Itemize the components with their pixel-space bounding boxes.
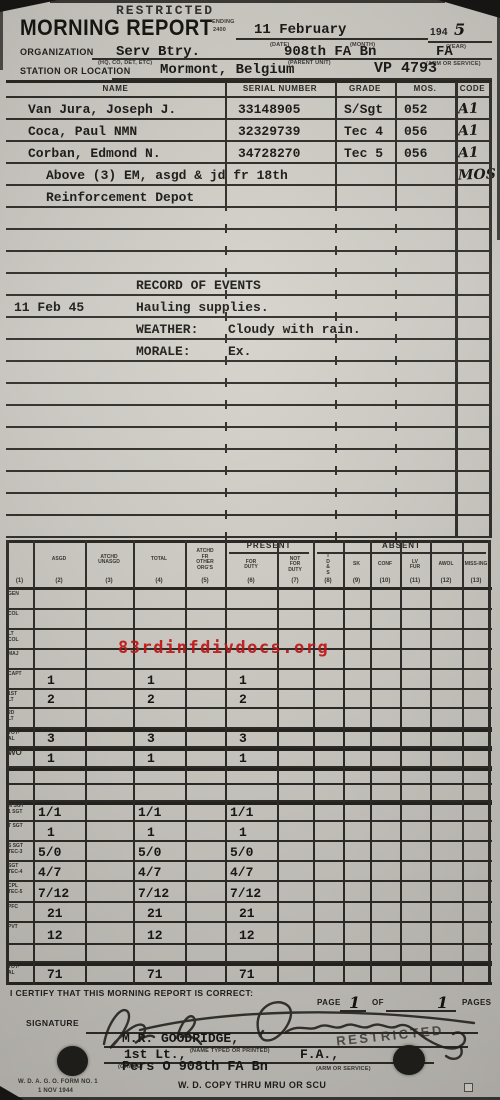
watermark: 83rdinfdivdocs.org: [118, 638, 329, 658]
roster-name: Coca, Paul NMN: [28, 124, 137, 139]
stats-value: 5/0: [38, 845, 61, 860]
stats-row: SGT TEC-44/74/74/7: [6, 862, 492, 882]
stats-value: 3: [47, 731, 55, 746]
stats-row-label: MAJ: [8, 652, 19, 658]
blank-ruled-row: [6, 428, 492, 450]
roster-column-rule: [335, 82, 337, 210]
blank-ruled-row: [6, 208, 492, 230]
stats-col-number: (12): [430, 578, 462, 584]
stats-col-number: (11): [400, 578, 430, 584]
stats-row-label: WO: [8, 750, 22, 756]
roster-row: Coca, Paul NMN32329739Tec 4056A1: [6, 120, 492, 142]
stats-col-header: MISS-ING: [463, 554, 489, 576]
stats-value: 4/7: [230, 865, 253, 880]
scan-edge-left: [0, 0, 3, 70]
roster-mos: 056: [404, 146, 427, 161]
stats-value: 2: [147, 692, 155, 707]
stats-col-number: (6): [225, 578, 277, 584]
stats-value: 1: [147, 825, 155, 840]
roster-serial: 34728270: [238, 146, 300, 161]
roster-row: Reinforcement Depot: [6, 186, 492, 208]
event-text: Ex.: [228, 344, 251, 359]
stats-value: 1: [239, 825, 247, 840]
stats-column-rule: [343, 540, 345, 985]
stats-value: 21: [239, 906, 255, 921]
stats-col-number: (13): [462, 578, 490, 584]
form-date: 1 NOV 1944: [38, 1088, 73, 1094]
blank-ruled-row: [6, 494, 492, 516]
roster-column-rule: [395, 82, 397, 210]
form-number: W. D. A. G. O. FORM NO. 1: [18, 1079, 98, 1085]
event-row: WEATHER:Cloudy with rain.: [6, 318, 492, 340]
signature-scrawl: [82, 990, 486, 1068]
stats-col-number: (4): [133, 578, 185, 584]
event-row: RECORD OF EVENTS: [6, 274, 492, 296]
present-group-header: PRESENT: [225, 541, 313, 550]
stats-header-row: PRESENTABSENT(1)ASGD(2)ATCHD UNASGD(3)TO…: [6, 540, 492, 590]
stats-value: 7/12: [138, 886, 169, 901]
stats-row-label: TOT- AL: [8, 965, 19, 976]
roster-serial: 32329739: [238, 124, 300, 139]
stats-column-rule: [185, 540, 187, 985]
stats-column-rule: [370, 540, 372, 985]
blank-ruled-row: [6, 384, 492, 406]
stats-column-rule: [313, 540, 315, 985]
stats-row: CPL TEC-57/127/127/12: [6, 882, 492, 903]
stats-col-number: (2): [33, 578, 85, 584]
stats-col-header: LV FUR: [401, 554, 429, 576]
stats-row-label: TOT- AL: [8, 731, 19, 742]
stats-column-rule: [488, 540, 491, 985]
stats-value: 1: [147, 673, 155, 688]
stats-col-number: (9): [343, 578, 370, 584]
alignment-square: [464, 1083, 473, 1092]
stats-column-rule: [462, 540, 464, 985]
morning-report-document: RESTRICTED MORNING REPORT ENDING 2400 11…: [0, 0, 500, 1100]
stats-column-rule: [6, 540, 9, 985]
event-label: MORALE:: [136, 344, 191, 359]
ending-label: ENDING: [212, 19, 235, 25]
roster-header-row: NAMESERIAL NUMBERGRADEMOS.CODE: [6, 82, 492, 98]
stats-value: 1: [239, 751, 247, 766]
stats-column-rule: [85, 540, 87, 985]
stats-value: 1: [47, 825, 55, 840]
stats-row-label: S SGT TEC-3: [8, 844, 23, 855]
stats-value: 21: [147, 906, 163, 921]
stats-row: M SGT 1 SGT1/11/11/1: [6, 802, 492, 822]
blank-ruled-row: [6, 362, 492, 384]
stats-row-label: 1ST LT: [8, 692, 17, 703]
report-title: MORNING REPORT: [20, 16, 213, 42]
stats-col-header: CONF: [371, 554, 399, 576]
roster-col-header: GRADE: [335, 84, 395, 93]
stats-col-number: (1): [6, 578, 33, 584]
roster-name: Van Jura, Joseph J.: [28, 102, 176, 117]
stats-column-rule: [133, 540, 135, 985]
date-underline: [236, 38, 428, 40]
roster-grade: S/Sgt: [344, 102, 383, 117]
stats-row-label: PVT: [8, 925, 18, 931]
roster-col-header: NAME: [6, 84, 225, 93]
event-row: 11 Feb 45Hauling supplies.: [6, 296, 492, 318]
blank-ruled-row: [6, 472, 492, 494]
stats-value: 2: [239, 692, 247, 707]
roster-col-header: SERIAL NUMBER: [225, 84, 335, 93]
stats-col-header: TOTAL: [134, 544, 184, 576]
stats-row-label: M SGT 1 SGT: [8, 804, 24, 815]
parent-unit-sub-label: (PARENT UNIT): [288, 60, 331, 66]
stats-col-header: AWOL: [431, 554, 461, 576]
stats-col-header: [7, 544, 32, 576]
stats-value: 3: [239, 731, 247, 746]
stats-col-header: T D & S: [314, 554, 342, 576]
roster-row: Van Jura, Joseph J.33148905S/Sgt052A1: [6, 98, 492, 120]
stats-row: PVT121212: [6, 923, 492, 945]
roster-code: A1: [458, 123, 479, 140]
stats-col-header: FOR DUTY: [226, 554, 276, 576]
stats-blank-row: [6, 768, 492, 785]
stats-col-header: ATCHD UNASGD: [86, 544, 132, 576]
ending-value: 2400: [213, 27, 226, 33]
roster-mos: 056: [404, 124, 427, 139]
blank-ruled-row: [6, 230, 492, 252]
stats-row: 2D LT: [6, 709, 492, 729]
stats-column-rule: [400, 540, 402, 985]
stats-row: T SGT111: [6, 822, 492, 842]
stats-value: 1: [239, 673, 247, 688]
event-row: MORALE:Ex.: [6, 340, 492, 362]
signature-label: SIGNATURE: [26, 1018, 79, 1028]
roster-col-header: CODE: [455, 84, 490, 93]
stats-blank-row: [6, 945, 492, 963]
stats-row-label: 2D LT: [8, 711, 14, 722]
stats-col-number: (7): [277, 578, 313, 584]
code-column-rule: [455, 82, 458, 538]
roster-right-border: [489, 82, 492, 538]
stats-value: 4/7: [38, 865, 61, 880]
roster-grade: Tec 4: [344, 124, 383, 139]
roster-name: Above (3) EM, asgd & jd fr 18th: [46, 168, 288, 183]
stats-value: 12: [147, 928, 163, 943]
year-written: 5: [454, 20, 465, 39]
stats-value: 12: [47, 928, 63, 943]
year-underline: [428, 41, 492, 43]
stats-row-label: SGT TEC-4: [8, 864, 22, 875]
stats-row: WO111: [6, 748, 492, 768]
year-printed: 194: [430, 27, 448, 38]
stats-value: 4/7: [138, 865, 161, 880]
stats-col-number: (5): [185, 578, 225, 584]
roster-mos: 052: [404, 102, 427, 117]
stats-value: 3: [147, 731, 155, 746]
stats-row: S SGT TEC-35/05/05/0: [6, 842, 492, 862]
stats-row: GEN: [6, 590, 492, 610]
station-label: STATION OR LOCATION: [20, 66, 131, 76]
stats-value: 71: [47, 967, 63, 982]
stats-column-rule: [225, 540, 227, 985]
station-value: Mormont, Belgium: [160, 62, 294, 78]
stats-row: TOT- AL333: [6, 729, 492, 748]
stats-row-label: LT COL: [8, 632, 19, 643]
stats-value: 7/12: [38, 886, 69, 901]
stats-row: COL: [6, 610, 492, 630]
roster-grade: Tec 5: [344, 146, 383, 161]
roster-code: A1: [458, 101, 479, 118]
blank-ruled-row: [6, 516, 492, 538]
stats-value: 1: [47, 673, 55, 688]
stats-row: CAPT111: [6, 670, 492, 690]
stats-value: 1: [147, 751, 155, 766]
date-value: 11 February: [254, 22, 346, 38]
stats-value: 1/1: [138, 805, 161, 820]
scan-edge-top: [50, 0, 445, 3]
stats-row-label: GEN: [8, 592, 19, 598]
stats-col-header: NOT FOR DUTY: [278, 554, 312, 576]
stats-row-label: CAPT: [8, 672, 22, 678]
roster-row: Above (3) EM, asgd & jd fr 18thMOS: [6, 164, 492, 186]
stats-column-rule: [33, 540, 35, 985]
stats-value: 71: [147, 967, 163, 982]
blank-ruled-row: [6, 450, 492, 472]
stats-value: 5/0: [230, 845, 253, 860]
scan-edge-bottom-left: [0, 1086, 24, 1100]
stats-row-label: T SGT: [8, 824, 23, 830]
roster-name: Corban, Edmond N.: [28, 146, 161, 161]
stats-col-header: ASGD: [34, 544, 84, 576]
stats-row: TOT- AL717171: [6, 963, 492, 985]
stats-col-number: (8): [313, 578, 343, 584]
stats-value: 71: [239, 967, 255, 982]
roster-name: Reinforcement Depot: [46, 190, 194, 205]
punch-hole-right: [393, 1045, 425, 1075]
organization-label: ORGANIZATION: [20, 47, 94, 57]
stats-row-label: CPL TEC-5: [8, 884, 22, 895]
stats-value: 2: [47, 692, 55, 707]
stats-col-number: (3): [85, 578, 133, 584]
stats-value: 21: [47, 906, 63, 921]
stats-row-label: COL: [8, 612, 19, 618]
stats-col-number: (10): [370, 578, 400, 584]
roster-table: NAMESERIAL NUMBERGRADEMOS.CODEVan Jura, …: [6, 82, 492, 538]
roster-serial: 33148905: [238, 102, 300, 117]
blank-ruled-row: [6, 406, 492, 428]
stats-value: 1: [47, 751, 55, 766]
event-text: Hauling supplies.: [136, 300, 269, 315]
stats-row-label: PFC: [8, 905, 18, 911]
punch-hole-left: [57, 1046, 88, 1076]
stats-col-header: ATCHD FR OTHER ORG'S: [186, 544, 224, 576]
event-text: Cloudy with rain.: [228, 322, 361, 337]
stats-value: 5/0: [138, 845, 161, 860]
stats-value: 7/12: [230, 886, 261, 901]
stats-column-rule: [430, 540, 432, 985]
record-of-events-title: RECORD OF EVENTS: [136, 278, 261, 293]
stats-column-rule: [277, 540, 279, 985]
roster-col-header: MOS.: [395, 84, 455, 93]
roster-row: Corban, Edmond N.34728270Tec 5056A1: [6, 142, 492, 164]
stats-value: 1/1: [230, 805, 253, 820]
strength-table: PRESENTABSENT(1)ASGD(2)ATCHD UNASGD(3)TO…: [6, 540, 492, 985]
grid-coords-value: VP 4793: [374, 60, 437, 77]
blank-ruled-row: [6, 252, 492, 274]
stats-value: 1/1: [38, 805, 61, 820]
scan-edge-right: [497, 0, 500, 240]
stats-value: 12: [239, 928, 255, 943]
roster-code: A1: [458, 145, 479, 162]
stats-blank-row: [6, 785, 492, 802]
stats-row: PFC212121: [6, 903, 492, 923]
scan-edge-top-right: [438, 0, 500, 18]
stats-col-header: SK: [344, 554, 369, 576]
roster-column-rule: [225, 82, 227, 210]
stats-row: 1ST LT222: [6, 690, 492, 709]
copy-thru-note: W. D. COPY THRU MRU OR SCU: [178, 1080, 326, 1090]
event-date: 11 Feb 45: [14, 300, 84, 315]
event-label: WEATHER:: [136, 322, 198, 337]
